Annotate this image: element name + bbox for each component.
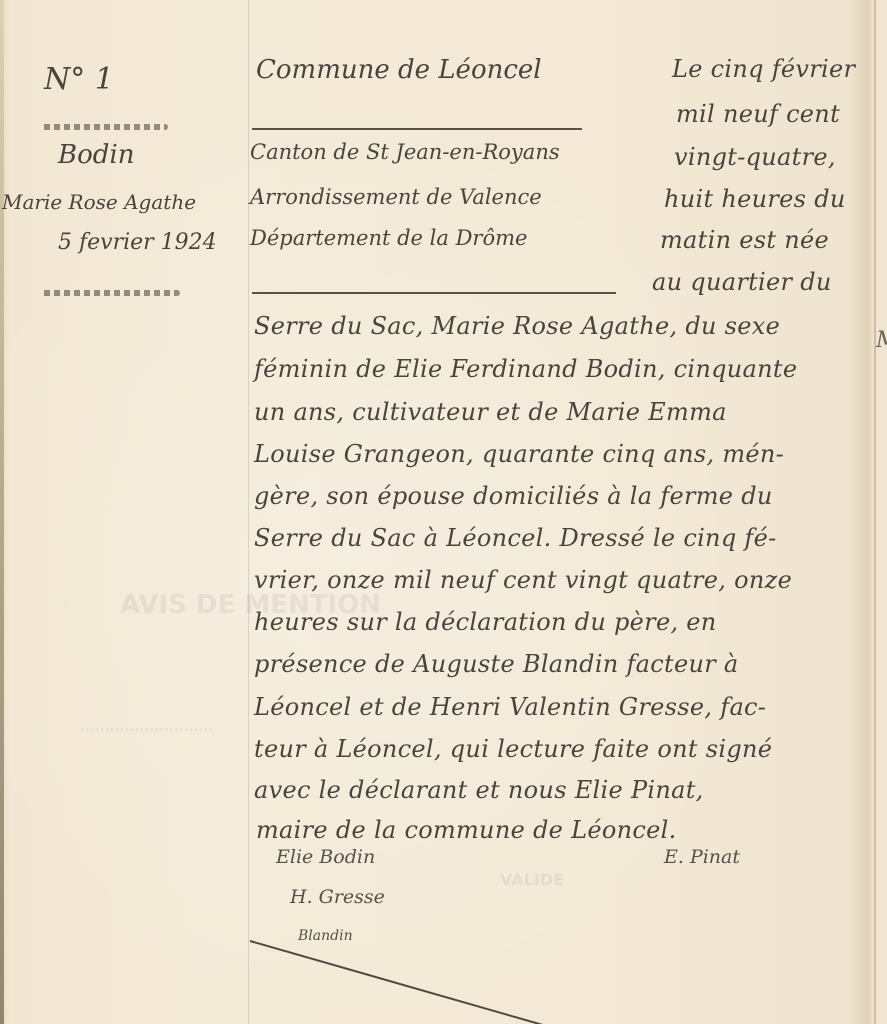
commune-header: Commune de Léoncel [256, 55, 542, 85]
closing-diagonal-line [250, 940, 558, 1024]
body-line: Serre du Sac à Léoncel. Dressé le cinq f… [254, 524, 777, 552]
departement-line: Département de la Drôme [250, 226, 527, 250]
margin-date: 5 fevrier 1924 [58, 230, 217, 255]
body-line: féminin de Elie Ferdinand Bodin, cinquan… [254, 355, 797, 383]
margin-wavy-divider [40, 290, 180, 296]
bleed-through-text: VALIDE [500, 870, 564, 889]
body-line: vrier, onze mil neuf cent vingt quatre, … [254, 566, 792, 594]
entry-number: N° 1 [44, 62, 114, 97]
right-line: Le cinq février [672, 55, 855, 83]
edge-marginalia: M [876, 328, 887, 353]
header-rule [252, 128, 582, 130]
body-line: un ans, cultivateur et de Marie Emma [254, 398, 727, 426]
canton-line: Canton de St Jean-en-Royans [250, 140, 560, 164]
body-line: présence de Auguste Blandin facteur à [254, 650, 739, 678]
right-line: huit heures du [664, 185, 846, 213]
signature-witness-2: Blandin [298, 928, 353, 944]
body-line: Léoncel et de Henri Valentin Gresse, fac… [254, 693, 766, 721]
margin-given-names: Marie Rose Agathe [2, 190, 196, 214]
body-line: Serre du Sac, Marie Rose Agathe, du sexe [254, 312, 780, 340]
signature-witness-1: H. Gresse [290, 886, 385, 908]
page-binding-edge [0, 0, 4, 1024]
margin-surname: Bodin [58, 140, 134, 170]
header-rule [252, 292, 616, 294]
signature-father: Elie Bodin [276, 846, 375, 868]
margin-rule [248, 0, 249, 1024]
margin-wavy-divider [40, 124, 168, 130]
right-line: matin est née [660, 226, 829, 254]
body-line: gère, son épouse domiciliés à la ferme d… [254, 482, 773, 510]
body-line: teur à Léoncel, qui lecture faite ont si… [254, 735, 772, 763]
register-page: AVIS DE MENTION ........................… [0, 0, 887, 1024]
right-line: vingt-quatre, [674, 143, 836, 171]
signature-mayor: E. Pinat [664, 846, 740, 868]
body-line: maire de la commune de Léoncel. [256, 816, 677, 844]
page-fold [874, 0, 876, 1024]
right-line: au quartier du [652, 268, 832, 296]
body-line: Louise Grangeon, quarante cinq ans, mén- [254, 440, 784, 468]
arrondissement-line: Arrondissement de Valence [250, 185, 542, 209]
bleed-through-text: ........................... [80, 720, 213, 735]
right-line: mil neuf cent [676, 100, 840, 128]
body-line: heures sur la déclaration du père, en [254, 608, 717, 636]
body-line: avec le déclarant et nous Elie Pinat, [254, 776, 704, 804]
